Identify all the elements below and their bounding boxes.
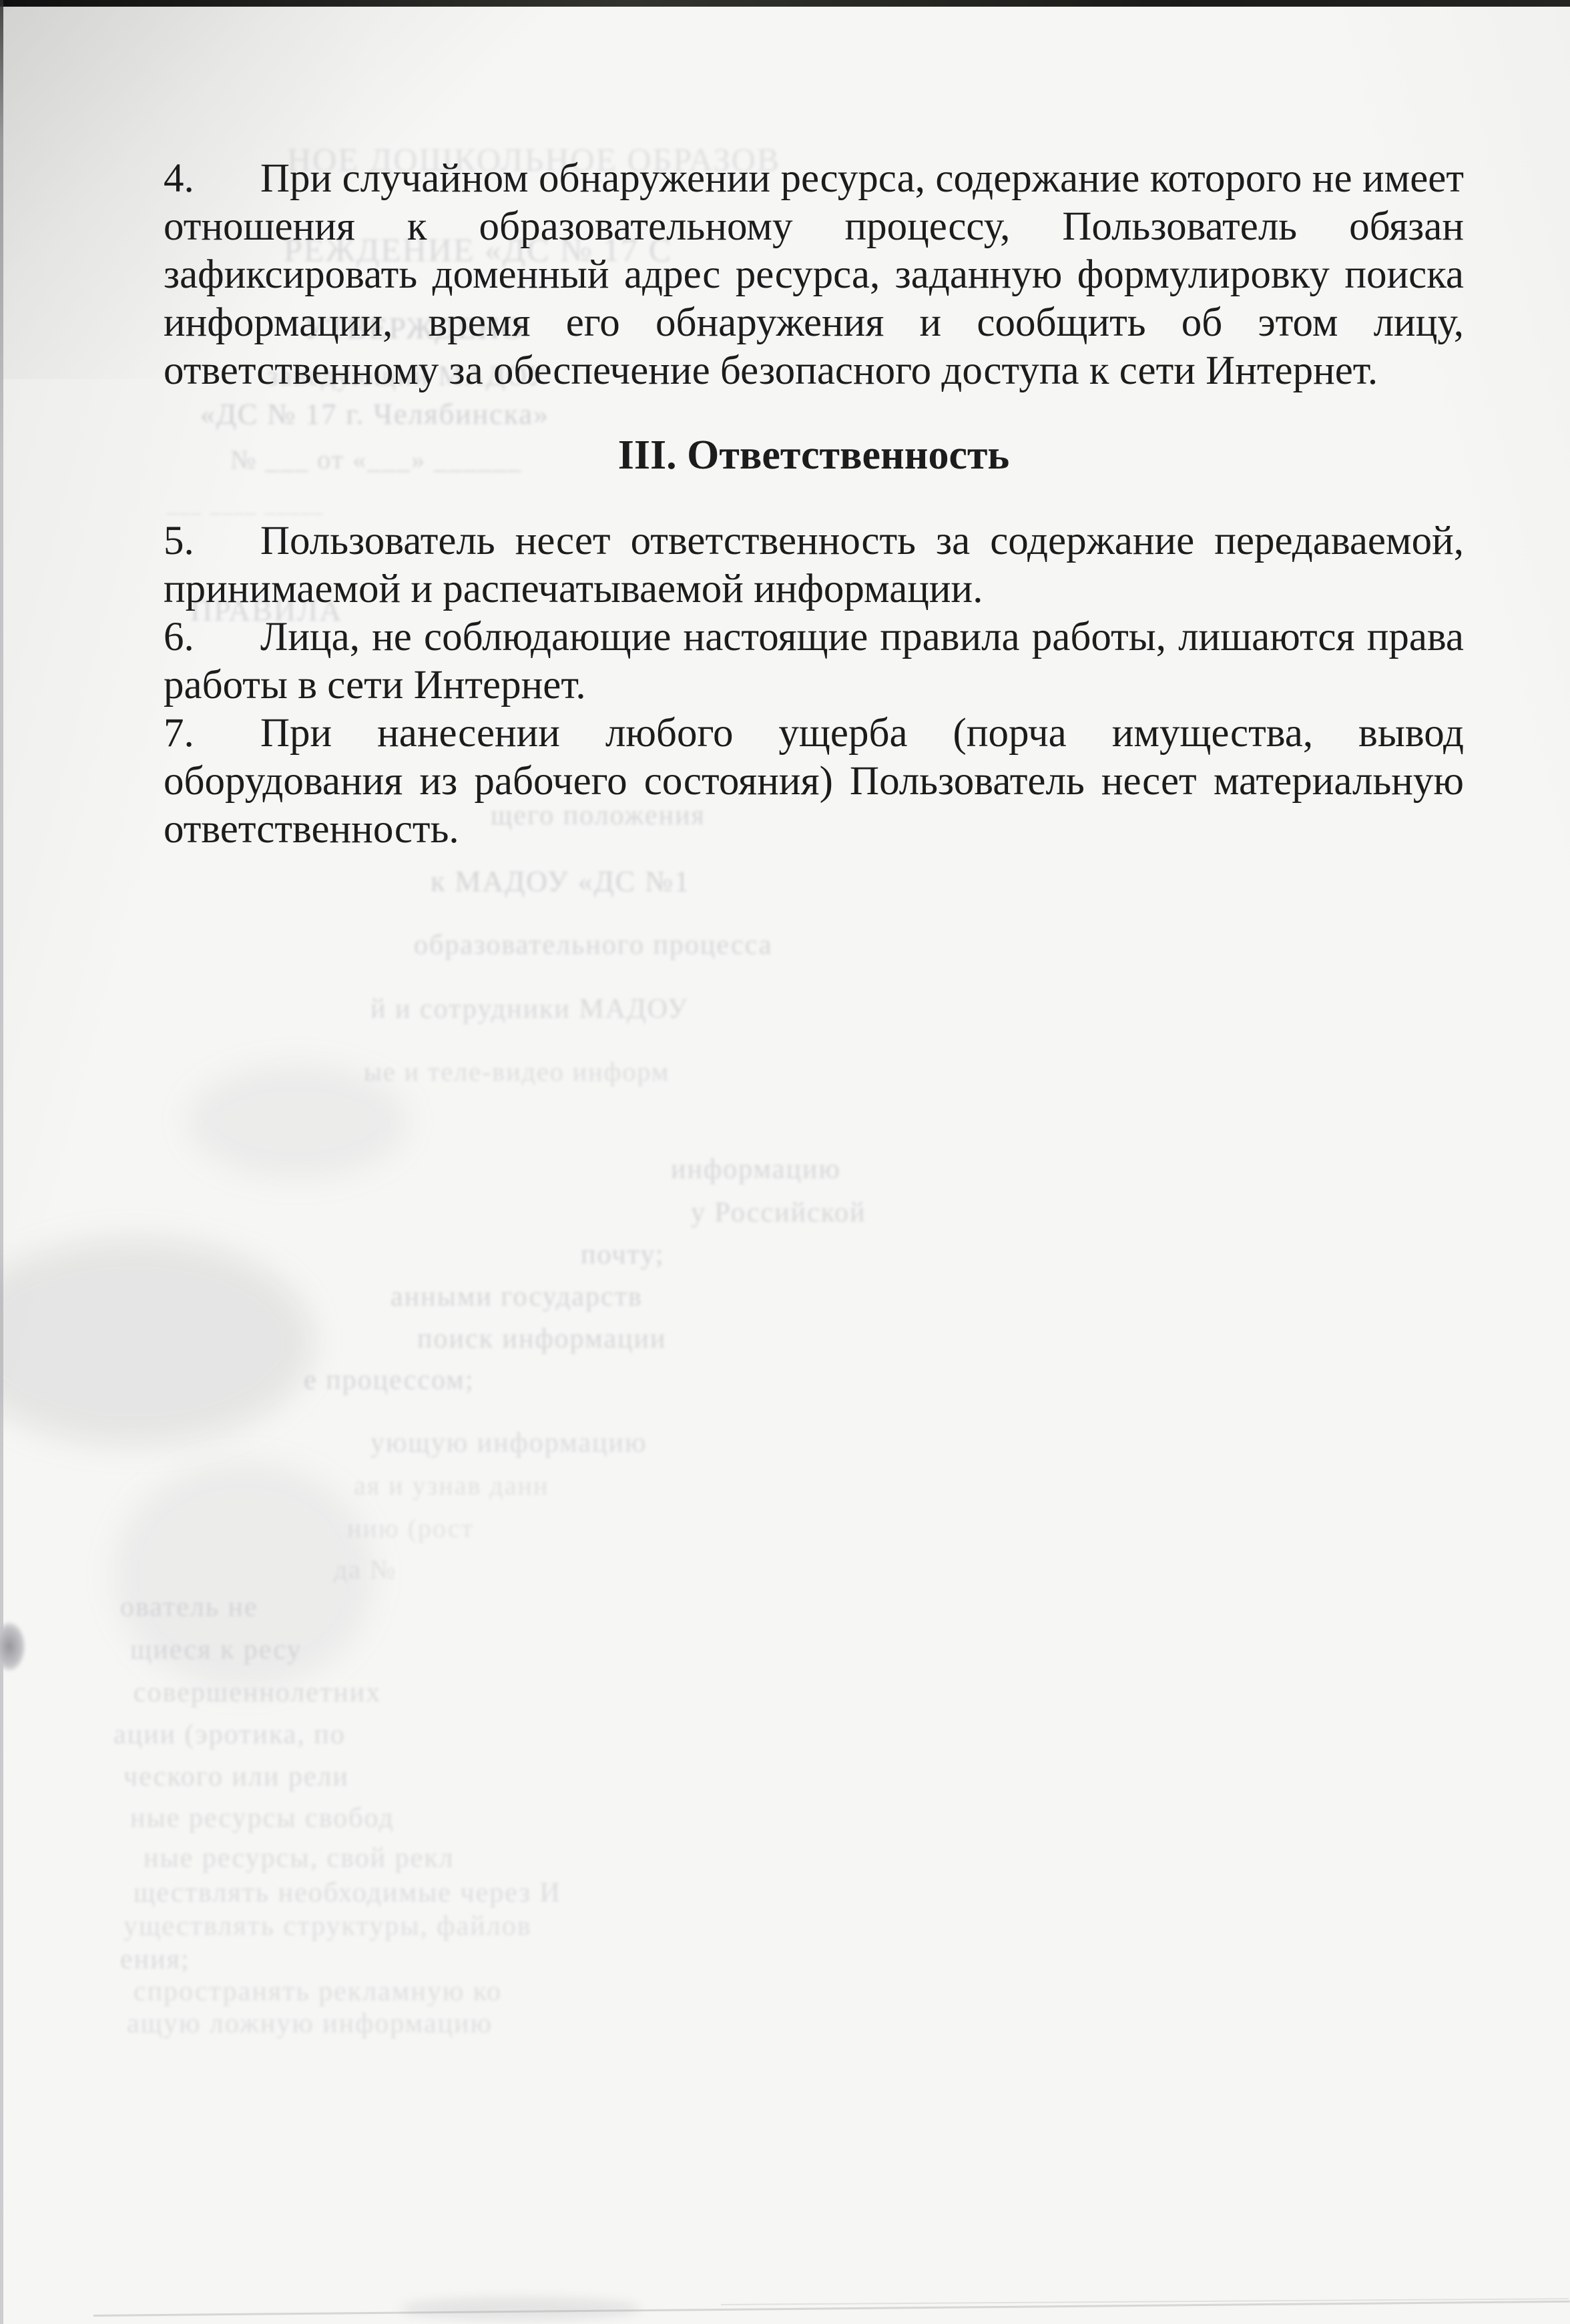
bleedthrough-text-line: ующую информацию [370,1427,647,1459]
bleedthrough-text-line: у Российской [691,1197,866,1229]
scan-edge-left [0,0,3,2324]
section-heading-responsibility: III. Ответственность [164,431,1464,479]
bleedthrough-text-line: е процессом; [304,1364,475,1396]
bleedthrough-text-line: анными государств [390,1281,643,1313]
scan-streak-bottom [721,2298,1569,2305]
bleedthrough-text-line: ащую ложную информацию [127,2008,493,2040]
bleedthrough-text-line: информацию [671,1153,841,1185]
bleedthrough-text-line: совершеннолетних [134,1677,381,1709]
bleedthrough-text-line: ные ресурсы, свой рекл [144,1842,455,1874]
bleedthrough-text-line: образовательного процесса [414,929,773,961]
bleedthrough-text-line: нию (рост [347,1512,474,1544]
bleedthrough-text-line: ая и узнав данн [354,1470,549,1501]
scan-edge-top [0,0,1570,7]
bleedthrough-text-line: ые и теле-видео информ [364,1056,670,1087]
paragraph-6: 6.Лица, не соблюдающие настоящие правила… [164,613,1464,709]
scanned-document-page: НОЕ ДОШКОЛЬНОЕ ОБРАЗОВРЕЖДЕНИЕ «ДС № 17 … [0,0,1570,2324]
scan-streak-bottom [93,2301,1570,2317]
paragraph-5: 5.Пользователь несет ответственность за … [164,517,1464,613]
paragraph-text: При нанесении любого ущерба (порча имуще… [164,711,1464,852]
scan-smudge [113,1462,374,1689]
paragraph-text: Пользователь несет ответственность за со… [164,519,1464,611]
bleedthrough-text-line: уществлять структуры, файлов [123,1910,532,1942]
document-text: 4.При случайном обнаружении ресурса, сод… [164,155,1464,854]
item-number: 5. [164,517,260,565]
scan-artifact-blob [0,1622,25,1671]
bleedthrough-text-line: й и сотрудники МАДОУ [370,993,688,1025]
scan-smudge [401,2297,641,2320]
item-number: 7. [164,709,260,758]
bleedthrough-text-line: ческого или рели [123,1761,349,1793]
bleedthrough-text-line: ации (эротика, по [113,1719,346,1751]
scan-smudge [187,1065,407,1178]
bleedthrough-text-line: ществлять необходимые через И [134,1877,561,1909]
paragraph-text: При случайном обнаружении ресурса, содер… [164,156,1464,393]
scan-smudge [0,1238,314,1445]
paragraph-4: 4.При случайном обнаружении ресурса, сод… [164,155,1464,395]
bleedthrough-text-line: почту; [581,1239,664,1271]
bleedthrough-text-line: щиеся к ресу [130,1634,302,1666]
bleedthrough-text-line: ения; [120,1944,190,1976]
bleedthrough-text-line: спространять рекламную ко [134,1976,502,2008]
bleedthrough-text-line: поиск информации [417,1323,666,1355]
bleedthrough-text-line: ователь не [120,1591,258,1623]
bleedthrough-text-line: да № [334,1554,397,1585]
paragraph-text: Лица, не соблюдающие настоящие правила р… [164,615,1464,707]
bleedthrough-text-line: ные ресурсы свобод [130,1802,395,1834]
paragraph-7: 7.При нанесении любого ущерба (порча иму… [164,709,1464,854]
bleedthrough-text-line: к МАДОУ «ДС №1 [431,864,690,898]
item-number: 4. [164,155,260,203]
item-number: 6. [164,613,260,661]
